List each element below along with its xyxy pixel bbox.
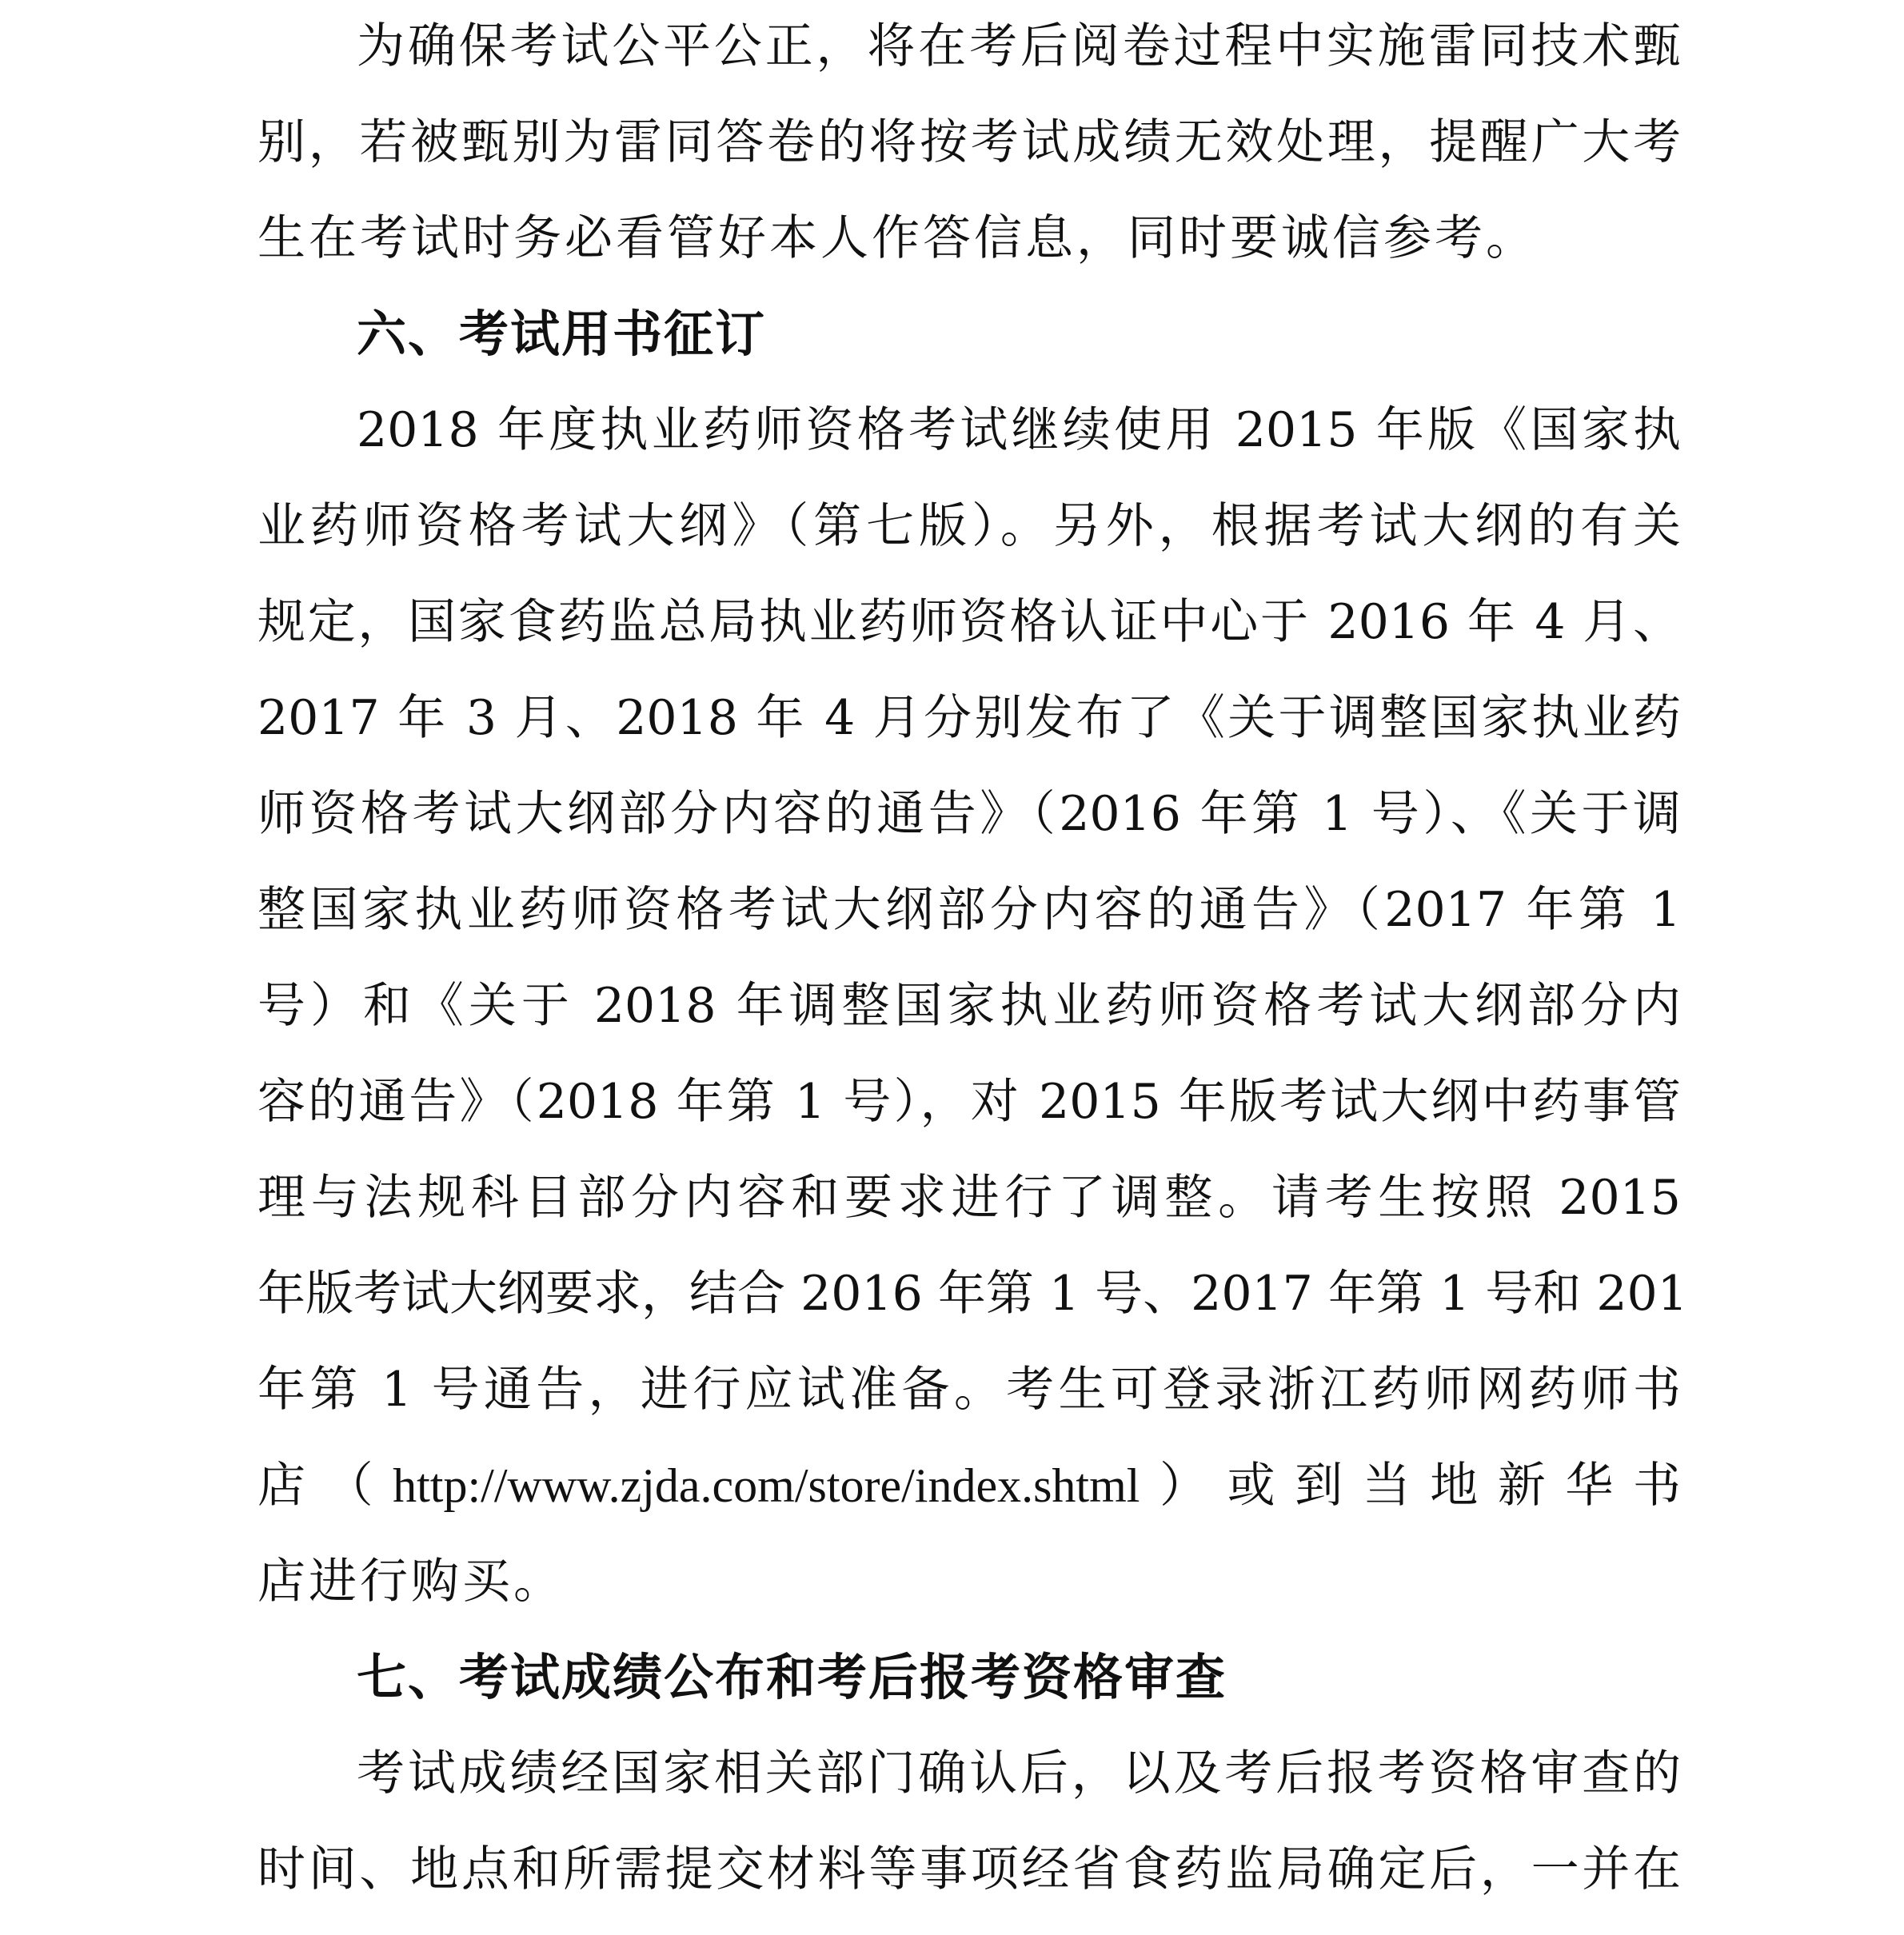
section-heading-results-and-review: 七、考试成绩公布和考后报考资格审查 <box>357 1638 1227 1718</box>
text-line: 规定，国家食药监总局执业药师资格认证中心于 2016 年 4 月、 <box>257 582 1681 662</box>
section-heading-book-ordering: 六、考试用书征订 <box>357 294 766 374</box>
text-line: 时间、地点和所需提交材料等事项经省食药监局确定后，一并在 <box>257 1829 1681 1909</box>
text-line: 生在考试时务必看管好本人作答信息，同时要诚信参考。 <box>257 198 1681 278</box>
text-line: 2017 年 3 月、2018 年 4 月分别发布了《关于调整国家执业药 <box>257 678 1681 758</box>
document-page: 为确保考试公平公正，将在考后阅卷过程中实施雷同技术甄 别，若被甄别为雷同答卷的将… <box>0 0 1904 1935</box>
text-line: 店进行购买。 <box>257 1542 1681 1622</box>
text-line: 2018 年度执业药师资格考试继续使用 2015 年版《国家执 <box>357 390 1681 470</box>
text-line: 师资格考试大纲部分内容的通告》（2016 年第 1 号）、《关于调 <box>257 774 1681 854</box>
text-line: 年版考试大纲要求，结合 2016 年第 1 号、2017 年第 1 号和 201… <box>257 1254 1681 1334</box>
text-line-store-link: 店（http://www.zjda.com/store/index.shtml）… <box>257 1446 1681 1526</box>
text-line: 考试成绩经国家相关部门确认后，以及考后报考资格审查的 <box>357 1734 1681 1813</box>
text-line: 业药师资格考试大纲》（第七版）。另外，根据考试大纲的有关 <box>257 486 1681 566</box>
text-line: 整国家执业药师资格考试大纲部分内容的通告》（2017 年第 1 <box>257 870 1681 950</box>
text-line: 理与法规科目部分内容和要求进行了调整。请考生按照 2015 <box>257 1158 1681 1238</box>
text-line: 年第 1 号通告，进行应试准备。考生可登录浙江药师网药师书 <box>257 1350 1681 1430</box>
text-line: 容的通告》（2018 年第 1 号），对 2015 年版考试大纲中药事管 <box>257 1062 1681 1142</box>
text-line: 为确保考试公平公正，将在考后阅卷过程中实施雷同技术甄 <box>357 6 1681 86</box>
text-line: 号）和《关于 2018 年调整国家执业药师资格考试大纲部分内 <box>257 966 1681 1046</box>
text-line: 别，若被甄别为雷同答卷的将按考试成绩无效处理，提醒广大考 <box>257 102 1681 182</box>
